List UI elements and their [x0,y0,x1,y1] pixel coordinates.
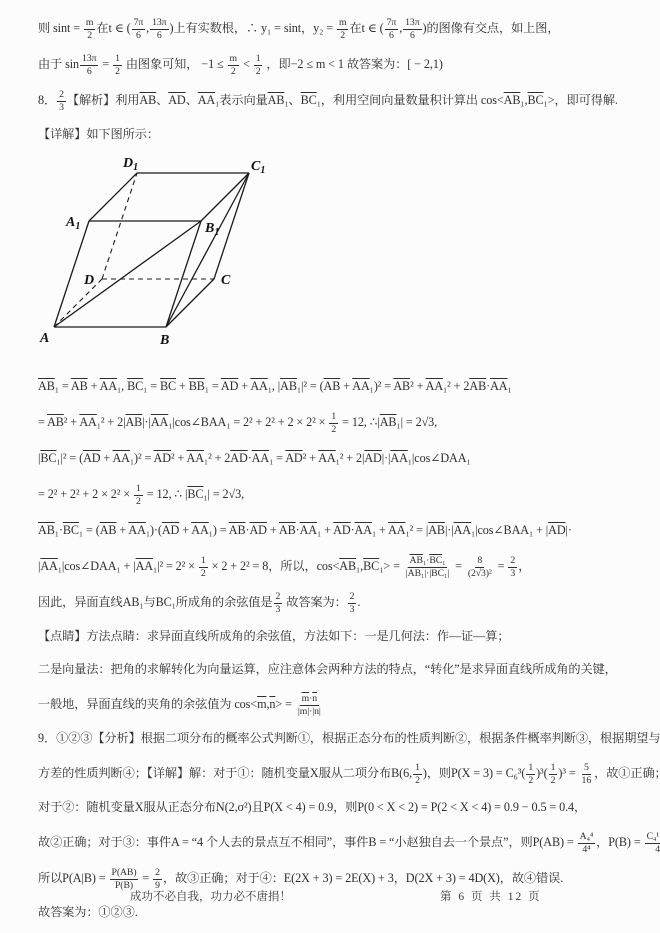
edge-a-d [54,279,102,327]
diagonal-b-c1 [166,173,249,327]
edge-a1-d1 [89,173,137,221]
solution8-step-1: AB₁ = AB + AA₁, BC₁ = BC + BB₁ = AD + AA… [38,370,638,402]
solution8-detail-label: 【详解】如下图所示： [38,120,638,149]
parallelepiped-figure: A B C D A1 B1 C1 D1 [38,153,638,362]
solution8-tip-2: 二是向量法：把角的求解转化为向量运算，应注意体会两种方法的特点，“转化”是求异面… [38,655,638,684]
diagonals [54,173,249,327]
vertex-labels: A B C D A1 B1 C1 D1 [39,156,265,348]
page-content: 则 sint = m2在t ∈ (7π6,13π6)上有实数根，∴ y₁ = s… [38,12,638,931]
diagonal-a-b1 [54,221,201,327]
solution7-line-1: 则 sint = m2在t ∈ (7π6,13π6)上有实数根，∴ y₁ = s… [38,12,638,44]
visible-edges [54,173,249,327]
footer-motto: 成功不必自我，功力必不唐捐！ [130,888,291,904]
document-page: 则 sint = m2在t ∈ (7π6,13π6)上有实数根，∴ y₁ = s… [0,0,660,933]
solution8-header: 8．23【解析】利用AB、AD、AA₁表示向量AB₁、BC₁，利用空间向量数量积… [38,84,638,116]
footer-page-indicator: 第 6 页 共 12 页 [440,888,542,904]
edge-b-c [166,279,214,327]
solution9-line-2: 方差的性质判断④；【详解】解：对于①：随机变量X服从二项分布B(6,12)，则P… [38,757,638,789]
vertex-label-d1: D1 [122,156,138,173]
edge-b1-c1 [201,173,249,221]
edge-b-b1 [166,221,201,327]
vertex-label-b: B [159,333,169,348]
solution8-step-3: |BC₁|² = (AD + AA₁)² = AD² + AA₁² + 2AD·… [38,442,638,474]
solution8-step-5: AB₁·BC₁ = (AB + AA₁)·(AD + AA₁) = AB·AD … [38,514,638,546]
edge-d-d1 [102,173,137,279]
page-footer: 成功不必自我，功力必不唐捐！ 第 6 页 共 12 页 [0,888,660,908]
edge-c-c1 [214,173,249,279]
solution9-line-4: 故②正确；对于③：事件A = “4 个人去的景点互不相同”，事件B = “小赵独… [38,826,638,858]
solution9-line-3: 对于②：随机变量X服从正态分布N(2,σ²)且P(X < 4) = 0.9，则P… [38,793,638,822]
vertex-label-d: D [83,273,94,288]
vertex-label-a1: A1 [65,215,80,232]
solution8-conclusion: 因此，异面直线AB₁与BC₁所成角的余弦值是23 故答案为：23. [38,586,638,618]
solution7-line-2: 由于 sin13π6 = 12 由图象可知， −1 ≤ m2 < 12 ，即−2… [38,48,638,80]
solution8-tip-3: 一般地，异面直线的夹角的余弦值为 cos<m,n> = m·n|m|·|n| [38,688,638,720]
solution8-step-6: |AA₁|cos∠DAA₁ + |AA₁|² = 2² × 12 × 2 + 2… [38,550,638,582]
vertex-label-a: A [39,331,49,346]
vertex-label-c: C [221,273,231,288]
solution8-tip-1: 【点睛】方法点睛：求异面直线所成角的余弦值，方法如下：一是几何法：作—证—算； [38,622,638,651]
solution9-line-1: 9．①②③【分析】根据二项分布的概率公式判断①，根据正态分布的性质判断②，根据条… [38,724,638,753]
solution8-step-4: = 2² + 2² + 2 × 2² × 12 = 12, ∴ |BC₁| = … [38,478,638,510]
vertex-label-c1: C1 [251,159,265,176]
solution8-step-2: = AB² + AA₁² + 2|AB|·|AA₁|cos∠BAA₁ = 2² … [38,406,638,438]
vertex-label-b1: B1 [204,221,219,238]
parallelepiped-svg: A B C D A1 B1 C1 D1 [38,153,290,357]
